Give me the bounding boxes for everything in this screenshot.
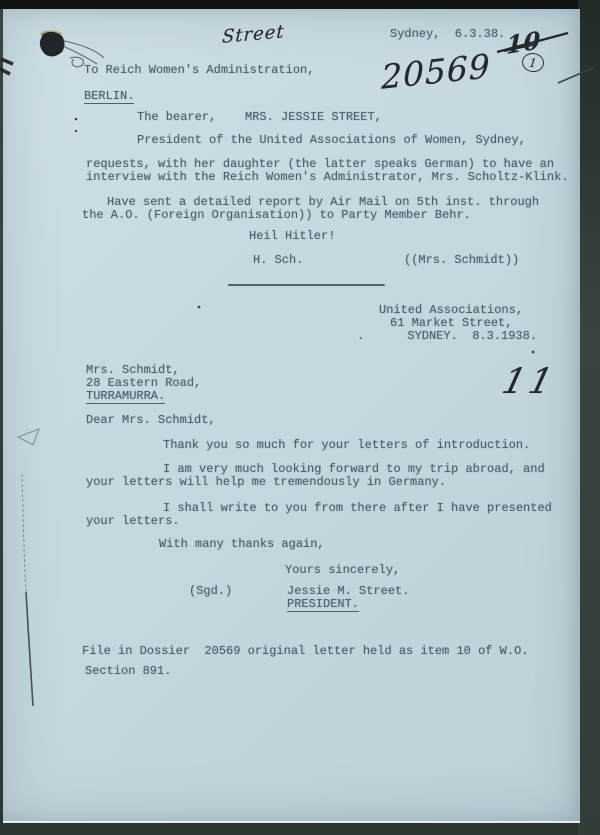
signature-title: PRESIDENT. <box>287 598 359 612</box>
addressee-line-3: TURRAMURRA. <box>86 390 165 404</box>
memo-president-line: President of the United Associations of … <box>137 134 526 147</box>
file-note-line-2: Section 891. <box>85 665 171 678</box>
memo-recipient-line-1: To Reich Women's Administration, <box>84 64 314 77</box>
letter-thanks: With many thanks again, <box>159 538 325 551</box>
divider-rule <box>228 284 385 286</box>
scanned-document-page: Street 20569 10 1 11 Sydney, 6.3.38. To … <box>0 0 600 835</box>
memo-bearer-line: The bearer, MRS. JESSIE STREET, <box>137 111 382 124</box>
circled-page-number-value: 1 <box>528 55 537 70</box>
letter-para-3-line-1: I shall write to you from there after I … <box>163 502 552 515</box>
memo-report-line-2: the A.O. (Foreign Organisation)) to Part… <box>82 209 471 222</box>
scanner-bed-right <box>578 0 600 835</box>
letter-para-2-line-2: your letters will help me tremendously i… <box>86 476 446 489</box>
sender-address-line-3: . SYDNEY. 8.3.1938. <box>357 330 537 343</box>
letter-greeting: Dear Mrs. Schmidt, <box>86 414 216 427</box>
scanner-bed-top <box>0 0 600 9</box>
sgd-label: (Sgd.) <box>189 585 232 598</box>
memo-initials-note: ((Mrs. Schmidt)) <box>404 254 519 267</box>
memo-dateline: Sydney, 6.3.38. <box>390 28 505 41</box>
letter-para-3-line-2: your letters. <box>86 515 180 528</box>
handwritten-item-number-11: 11 <box>498 362 561 402</box>
memo-recipient-line-2: BERLIN. <box>84 90 134 104</box>
memo-initials: H. Sch. <box>253 254 303 267</box>
letter-para-1: Thank you so much for your letters of in… <box>163 439 530 452</box>
file-note-line-1: File in Dossier 20569 original letter he… <box>82 645 528 658</box>
memo-salutation: Heil Hitler! <box>249 230 335 243</box>
memo-request-line-2: interview with the Reich Women's Adminis… <box>86 171 568 184</box>
letter-closing: Yours sincerely, <box>285 564 400 577</box>
